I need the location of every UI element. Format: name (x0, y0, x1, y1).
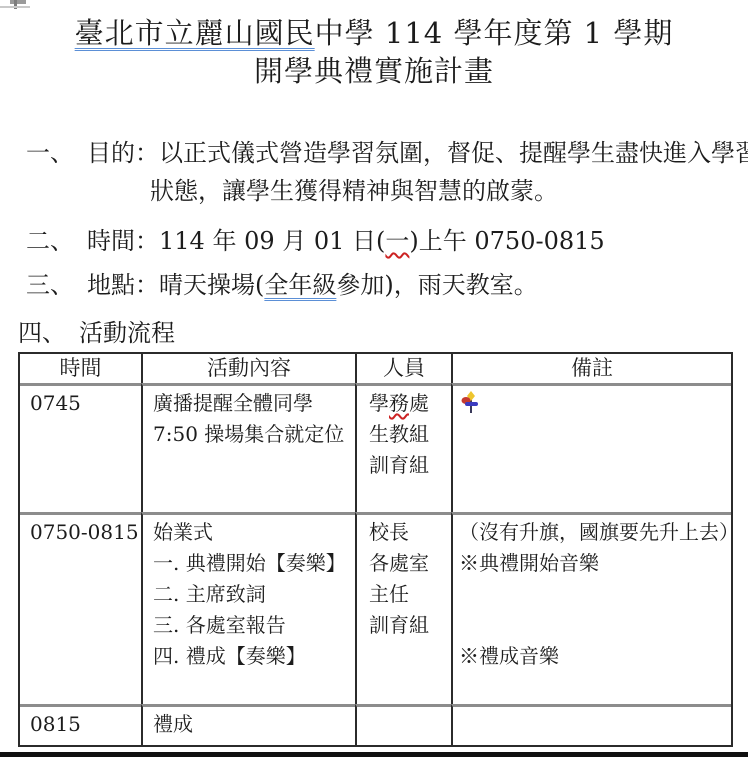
cell-line: 禮成 (153, 709, 351, 740)
table-header-content: 活動內容 (141, 354, 355, 383)
cell-time: 0745 (30, 388, 137, 419)
title-line1-rest: 中學 114 學年度第 1 學期 (315, 16, 674, 50)
table-row2-time: 0750-0815 (20, 512, 141, 704)
cell-line: 生教組 (369, 419, 447, 450)
table-row3-time: 0815 (20, 704, 141, 745)
table-header-staff: 人員 (355, 354, 451, 383)
cell-line: 各處室 (369, 548, 447, 579)
list-number: 一、 (26, 139, 74, 167)
cell-line: 訓育組 (369, 450, 447, 481)
scroll-corner-artifact (0, 0, 60, 12)
sparkle-marker-icon (461, 391, 727, 417)
cell-line: 始業式 (153, 517, 351, 548)
cell-line: 主任 (369, 579, 447, 610)
agenda-label: 活動流程 (79, 319, 175, 347)
cell-line: 7:50 操場集合就定位 (153, 419, 351, 450)
staff-spellcheck-flag: 務 (389, 391, 409, 415)
cell-line: 三. 各處室報告 (153, 610, 351, 641)
place-grammar-checked: 全年級 (264, 271, 336, 299)
section-agenda: 四、活動流程 (18, 314, 718, 352)
table-row1-notes (451, 383, 731, 512)
time-text-rest: )上午 0750-0815 (409, 227, 604, 255)
cell-line: 校長 (369, 517, 447, 548)
table-row3-staff (355, 704, 451, 745)
table-row3-notes (451, 704, 731, 745)
table-row3-content: 禮成 (141, 704, 355, 745)
section-purpose: 一、目的：以正式儀式營造學習氛圍，督促、提醒學生盡快進入學習 狀態，讓學生獲得精… (26, 134, 726, 210)
cell-line: 廣播提醒全體同學 (153, 388, 351, 419)
cell-line: 一. 典禮開始【奏樂】 (153, 548, 351, 579)
agenda-table: 時間 活動內容 人員 備註 0745 廣播提醒全體同學 7:50 操場集合就定位… (18, 352, 733, 747)
empty-lines (459, 579, 727, 641)
purpose-line1: 一、目的：以正式儀式營造學習氛圍，督促、提醒學生盡快進入學習 (26, 134, 726, 172)
page-bottom-edge (0, 752, 748, 757)
section-time: 二、時間：114 年 09 月 01 日(一)上午 0750-0815 (26, 222, 726, 260)
cell-line: 訓育組 (369, 610, 447, 641)
cell-time: 0815 (30, 709, 137, 740)
artifact-shape (0, 6, 30, 8)
section-place: 三、地點：晴天操場(全年級參加)，雨天教室。 (26, 266, 726, 304)
cell-time: 0750-0815 (30, 517, 137, 548)
cell-line: ※典禮開始音樂 (459, 548, 727, 579)
cell-line: 二. 主席致詞 (153, 579, 351, 610)
table-row2-content: 始業式 一. 典禮開始【奏樂】 二. 主席致詞 三. 各處室報告 四. 禮成【奏… (141, 512, 355, 704)
place-text: 晴天操場( (159, 271, 264, 299)
cell-line: （沒有升旗，國旗要先升上去） (459, 517, 727, 548)
artifact-shape (10, 0, 26, 4)
time-text: 114 年 09 月 01 日( (159, 227, 385, 255)
table-row1-content: 廣播提醒全體同學 7:50 操場集合就定位 (141, 383, 355, 512)
document-title: 臺北市立麗山國民中學 114 學年度第 1 學期 開學典禮實施計畫 (0, 14, 748, 90)
table-row2-notes: （沒有升旗，國旗要先升上去） ※典禮開始音樂 ※禮成音樂 (451, 512, 731, 704)
list-number: 三、 (26, 271, 74, 299)
purpose-text: 以正式儀式營造學習氛圍，督促、提醒學生盡快進入學習 (159, 139, 748, 167)
table-row1-time: 0745 (20, 383, 141, 512)
table-row1-staff: 學務處 生教組 訓育組 (355, 383, 451, 512)
title-line1-grammar-checked: 臺北市立麗山國民 (75, 16, 315, 50)
purpose-line2: 狀態，讓學生獲得精神與智慧的啟蒙。 (26, 172, 726, 210)
place-text-rest: 參加)，雨天教室。 (336, 271, 537, 299)
staff-text: 學 (369, 391, 389, 415)
table-header-notes: 備註 (451, 354, 731, 383)
list-number: 四、 (18, 319, 66, 347)
cell-line: ※禮成音樂 (459, 641, 727, 672)
title-line1: 臺北市立麗山國民中學 114 學年度第 1 學期 (0, 14, 748, 52)
list-number: 二、 (26, 227, 74, 255)
purpose-label: 目的： (87, 139, 159, 167)
time-label: 時間： (87, 227, 159, 255)
time-spellcheck-flag: 一 (385, 227, 409, 255)
cell-line: 學務處 (369, 388, 447, 419)
title-line2: 開學典禮實施計畫 (0, 52, 748, 90)
place-label: 地點： (87, 271, 159, 299)
table-row2-staff: 校長 各處室 主任 訓育組 (355, 512, 451, 704)
staff-text: 處 (409, 391, 429, 415)
document-page: 臺北市立麗山國民中學 114 學年度第 1 學期 開學典禮實施計畫 一、目的：以… (0, 0, 748, 761)
table-header-time: 時間 (20, 354, 141, 383)
cell-line: 四. 禮成【奏樂】 (153, 641, 351, 672)
